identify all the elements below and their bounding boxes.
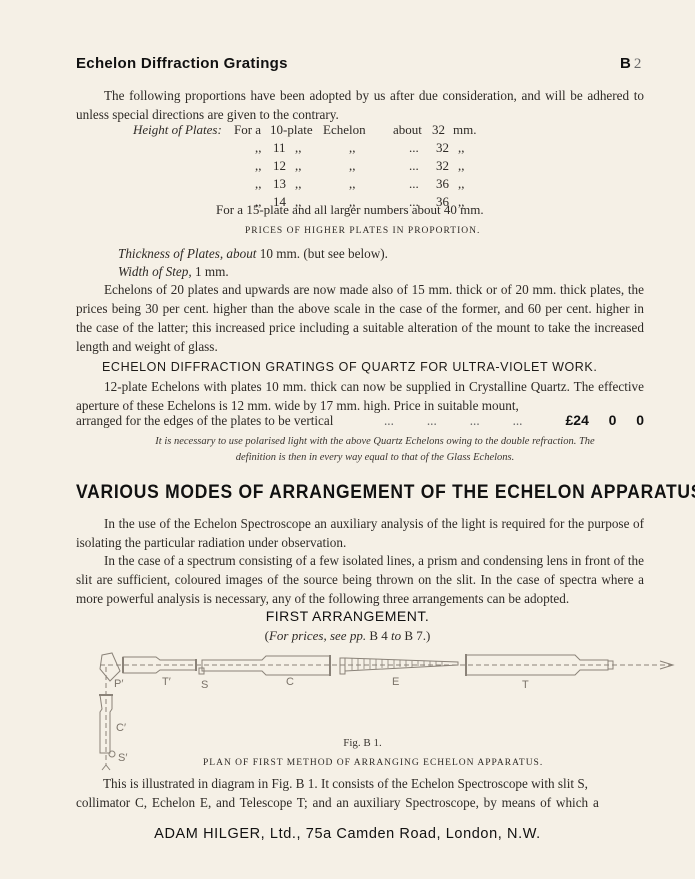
first-arrangement-line1: This is illustrated in diagram in Fig. B… <box>103 776 588 792</box>
section-letter: B <box>620 55 631 72</box>
table-footer-row: For a 15-plate and all larger numbers ab… <box>216 202 484 218</box>
label-prism: P′ <box>114 678 123 690</box>
first-arrangement-heading: FIRST ARRANGEMENT. <box>0 608 695 624</box>
row-prefix: ,, <box>255 140 262 156</box>
quartz-paragraph: 12-plate Echelons with plates 10 mm. thi… <box>76 377 644 415</box>
row-prefix: ,, <box>255 158 262 174</box>
row-sep: ... <box>409 140 419 156</box>
label-collimator-aux: C′ <box>116 722 126 734</box>
prism-icon <box>100 653 120 681</box>
row-unit: ,, <box>458 158 465 174</box>
row-prefix: ,, <box>255 176 262 192</box>
row-ditto: ,, <box>295 176 302 192</box>
thickness-label: Thickness of Plates, about <box>118 246 256 261</box>
row-ditto: ,, <box>349 140 356 156</box>
prices-note: PRICES OF HIGHER PLATES IN PROPORTION. <box>245 226 480 236</box>
thickness-line: Thickness of Plates, about 10 mm. (but s… <box>118 246 388 262</box>
width-step-label: Width of Step, <box>118 264 192 279</box>
row-ditto: ,, <box>349 176 356 192</box>
row-plates: 12 <box>273 158 286 174</box>
prices-ref-text: For prices, see pp. <box>269 628 366 643</box>
quartz-price-line: arranged for the edges of the plates to … <box>76 413 644 433</box>
table-label: Height of Plates: <box>133 122 222 138</box>
width-step-value: 1 mm. <box>195 264 229 279</box>
row-plates: 13 <box>273 176 286 192</box>
row-prefix: For a <box>234 122 261 138</box>
quartz-note-line2: definition is then in every way equal to… <box>105 450 645 466</box>
modes-heading: VARIOUS MODES OF ARRANGEMENT OF THE ECHE… <box>76 482 695 504</box>
row-unit: ,, <box>458 176 465 192</box>
row-sep: about <box>393 122 422 138</box>
row-value: 36 <box>436 176 449 192</box>
width-step-line: Width of Step, 1 mm. <box>118 264 229 280</box>
label-collimator: C <box>286 676 294 688</box>
row-plates: 11 <box>273 140 286 156</box>
intro-paragraph: The following proportions have been adop… <box>76 86 644 124</box>
first-arrangement-line2: collimator C, Echelon E, and Telescope T… <box>76 795 599 811</box>
modes-paragraph-1: In the use of the Echelon Spectroscope a… <box>76 514 644 552</box>
page-ref-start: B 4 <box>366 628 391 643</box>
quartz-last-line: arranged for the edges of the plates to … <box>76 413 333 429</box>
row-ditto: ,, <box>295 158 302 174</box>
row-item: Echelon <box>323 122 366 138</box>
row-value: 32 <box>436 158 449 174</box>
row-ditto: ,, <box>295 140 302 156</box>
row-value: 32 <box>432 122 445 138</box>
label-slit: S <box>201 679 208 691</box>
label-slit-aux: S′ <box>118 752 127 764</box>
row-unit: mm. <box>453 122 476 138</box>
row-value: 32 <box>436 140 449 156</box>
row-unit: ,, <box>458 140 465 156</box>
modes-paragraph-2: In the case of a spectrum consisting of … <box>76 551 644 608</box>
figure-caption: PLAN OF FIRST METHOD OF ARRANGING ECHELO… <box>203 758 543 768</box>
figure-number: Fig. B 1. <box>0 737 695 749</box>
running-header-title: Echelon Diffraction Gratings <box>76 55 288 72</box>
row-plates: 10-plate <box>270 122 313 138</box>
page-number: B2 <box>620 55 641 73</box>
quartz-price: £24 0 0 <box>566 412 645 428</box>
thickness-value: 10 mm. (but see below). <box>260 246 388 261</box>
publisher-footer: ADAM HILGER, Ltd., 75a Camden Road, Lond… <box>0 826 695 842</box>
thicker-plates-paragraph: Echelons of 20 plates and upwards are no… <box>76 280 644 356</box>
row-sep: ... <box>409 176 419 192</box>
quartz-heading: ECHELON DIFFRACTION GRATINGS OF QUARTZ F… <box>102 360 597 374</box>
catalogue-page: Echelon Diffraction Gratings B2 The foll… <box>0 0 695 879</box>
label-echelon: E <box>392 676 399 688</box>
row-sep: ... <box>409 158 419 174</box>
prices-reference: (For prices, see pp. B 4 to B 7.) <box>0 628 695 644</box>
page-number-value: 2 <box>634 56 642 72</box>
dot-leaders: ... ... ... ... <box>384 413 522 429</box>
label-telescope-aux: T′ <box>162 676 171 688</box>
quartz-note-line1: It is necessary to use polarised light w… <box>105 434 645 450</box>
page-ref-end: B 7.) <box>401 628 430 643</box>
prices-ref-to: to <box>391 628 401 643</box>
row-ditto: ,, <box>349 158 356 174</box>
label-telescope: T <box>522 679 529 691</box>
